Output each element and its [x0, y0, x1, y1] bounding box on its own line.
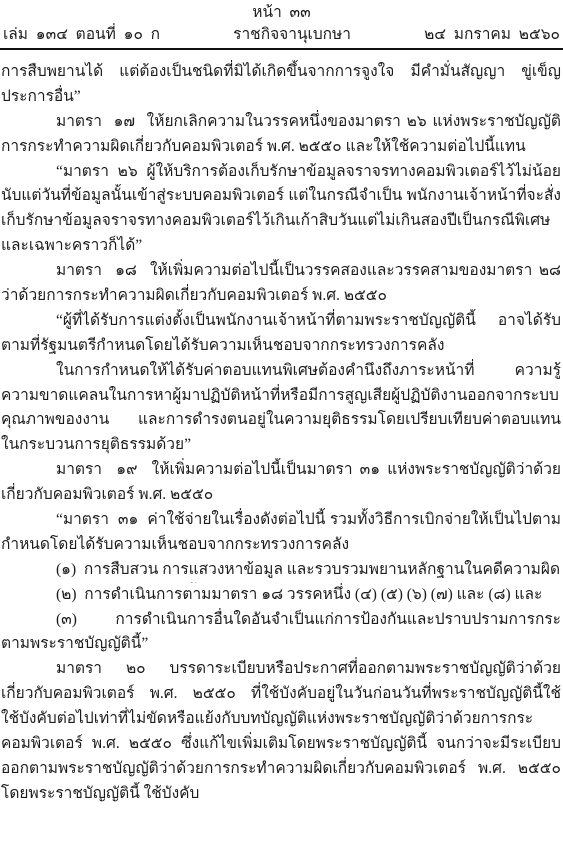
page-header: หน้า ๓๓ เล่ม ๑๓๔ ตอนที่ ๑๐ ก ราชกิจจานุเ…	[0, 0, 563, 50]
text-line: โดยพระราชบัญญัตินี้ ใช้บังคับ	[1, 782, 561, 807]
text-line: ตามที่รัฐมนตรีกำหนดโดยได้รับความเห็นชอบจ…	[1, 334, 561, 359]
text-line: และเฉพาะคราวก็ได้”	[1, 234, 561, 259]
gazette-title: ราชกิจจานุเบกษา	[160, 24, 424, 46]
text-line: ว่าด้วยการกระทำความผิดเกี่ยวกับคอมพิวเตอ…	[1, 284, 561, 309]
text-line: มาตรา ๒๐ บรรดาระเบียบหรือประกาศที่ออกตาม…	[1, 657, 561, 682]
text-line: ในกระบวนการยุติธรรมด้วย”	[1, 433, 561, 458]
page-number: หน้า ๓๓	[0, 0, 563, 24]
text-line: ในการกำหนดให้ได้รับค่าตอบแทนพิเศษต้องคำน…	[1, 359, 561, 384]
text-line: เกี่ยวกับคอมพิวเตอร์ พ.ศ. ๒๕๕๐ ที่ใช้บัง…	[1, 682, 561, 707]
text-line: มาตรา ๑๘ ให้เพิ่มความต่อไปนี้เป็นวรรคสอง…	[1, 259, 561, 284]
gazette-header-row: เล่ม ๑๓๔ ตอนที่ ๑๐ ก ราชกิจจานุเบกษา ๒๔ …	[0, 24, 563, 46]
text-line: “มาตรา ๒๖ ผู้ให้บริการต้องเก็บรักษาข้อมู…	[1, 160, 561, 185]
text-line: กำหนดโดยได้รับความเห็นชอบจากกระทรวงการคล…	[1, 533, 561, 558]
text-line: ประการอื่น”	[1, 85, 561, 110]
header-divider	[0, 48, 563, 50]
text-line: ใช้บังคับต่อไปเท่าที่ไม่ขัดหรือแย้งกับบท…	[1, 707, 561, 732]
text-line: นับแต่วันที่ข้อมูลนั้นเข้าสู่ระบบคอมพิวเ…	[1, 184, 561, 209]
document-body: การสืบพยานได้ แต่ต้องเป็นชนิดที่มิได้เกิ…	[0, 60, 563, 807]
text-line: ตามพระราชบัญญัตินี้”	[1, 632, 561, 657]
text-line: ความขาดแคลนในการหาผู้มาปฏิบัติหน้าที่หรื…	[1, 384, 561, 409]
text-line: มาตรา ๑๙ ให้เพิ่มความต่อไปนี้เป็นมาตรา ๓…	[1, 458, 561, 483]
text-line: คุณภาพของงาน และการดำรงตนอยู่ในความยุติธ…	[1, 408, 561, 433]
document-page: หน้า ๓๓ เล่ม ๑๓๔ ตอนที่ ๑๐ ก ราชกิจจานุเ…	[0, 0, 563, 843]
text-line: การสืบพยานได้ แต่ต้องเป็นชนิดที่มิได้เกิ…	[1, 60, 561, 85]
volume-info: เล่ม ๑๓๔ ตอนที่ ๑๐ ก	[3, 24, 160, 46]
text-line: เกี่ยวกับคอมพิวเตอร์ พ.ศ. ๒๕๕๐	[1, 483, 561, 508]
issue-date: ๒๔ มกราคม ๒๕๖๐	[424, 24, 560, 46]
text-line: (๓) การดำเนินการอื่นใดอันจำเป็นแก่การป้อ…	[1, 608, 561, 633]
text-line: “มาตรา ๓๑ ค่าใช้จ่ายในเรื่องดังต่อไปนี้ …	[1, 508, 561, 533]
text-line: เก็บรักษาข้อมูลจราจรทางคอมพิวเตอร์ไว้เกิ…	[1, 209, 561, 234]
text-line: (๑) การสืบสวน การแสวงหาข้อมูล และรวบรวมพ…	[1, 558, 561, 583]
text-line: “ผู้ที่ได้รับการแต่งตั้งเป็นพนักงานเจ้าห…	[1, 309, 561, 334]
text-line: มาตรา ๑๗ ให้ยกเลิกความในวรรคหนึ่งของมาตร…	[1, 110, 561, 135]
text-line: การกระทำความผิดเกี่ยวกับคอมพิวเตอร์ พ.ศ.…	[1, 135, 561, 160]
text-line: คอมพิวเตอร์ พ.ศ. ๒๕๕๐ ซึ่งแก้ไขเพิ่มเติม…	[1, 732, 561, 757]
text-line: (๒) การดำเนินการตามมาตรา ๑๘ วรรคหนึ่ง (๔…	[1, 583, 561, 608]
text-line: ออกตามพระราชบัญญัติว่าด้วยการกระทำความผิ…	[1, 757, 561, 782]
